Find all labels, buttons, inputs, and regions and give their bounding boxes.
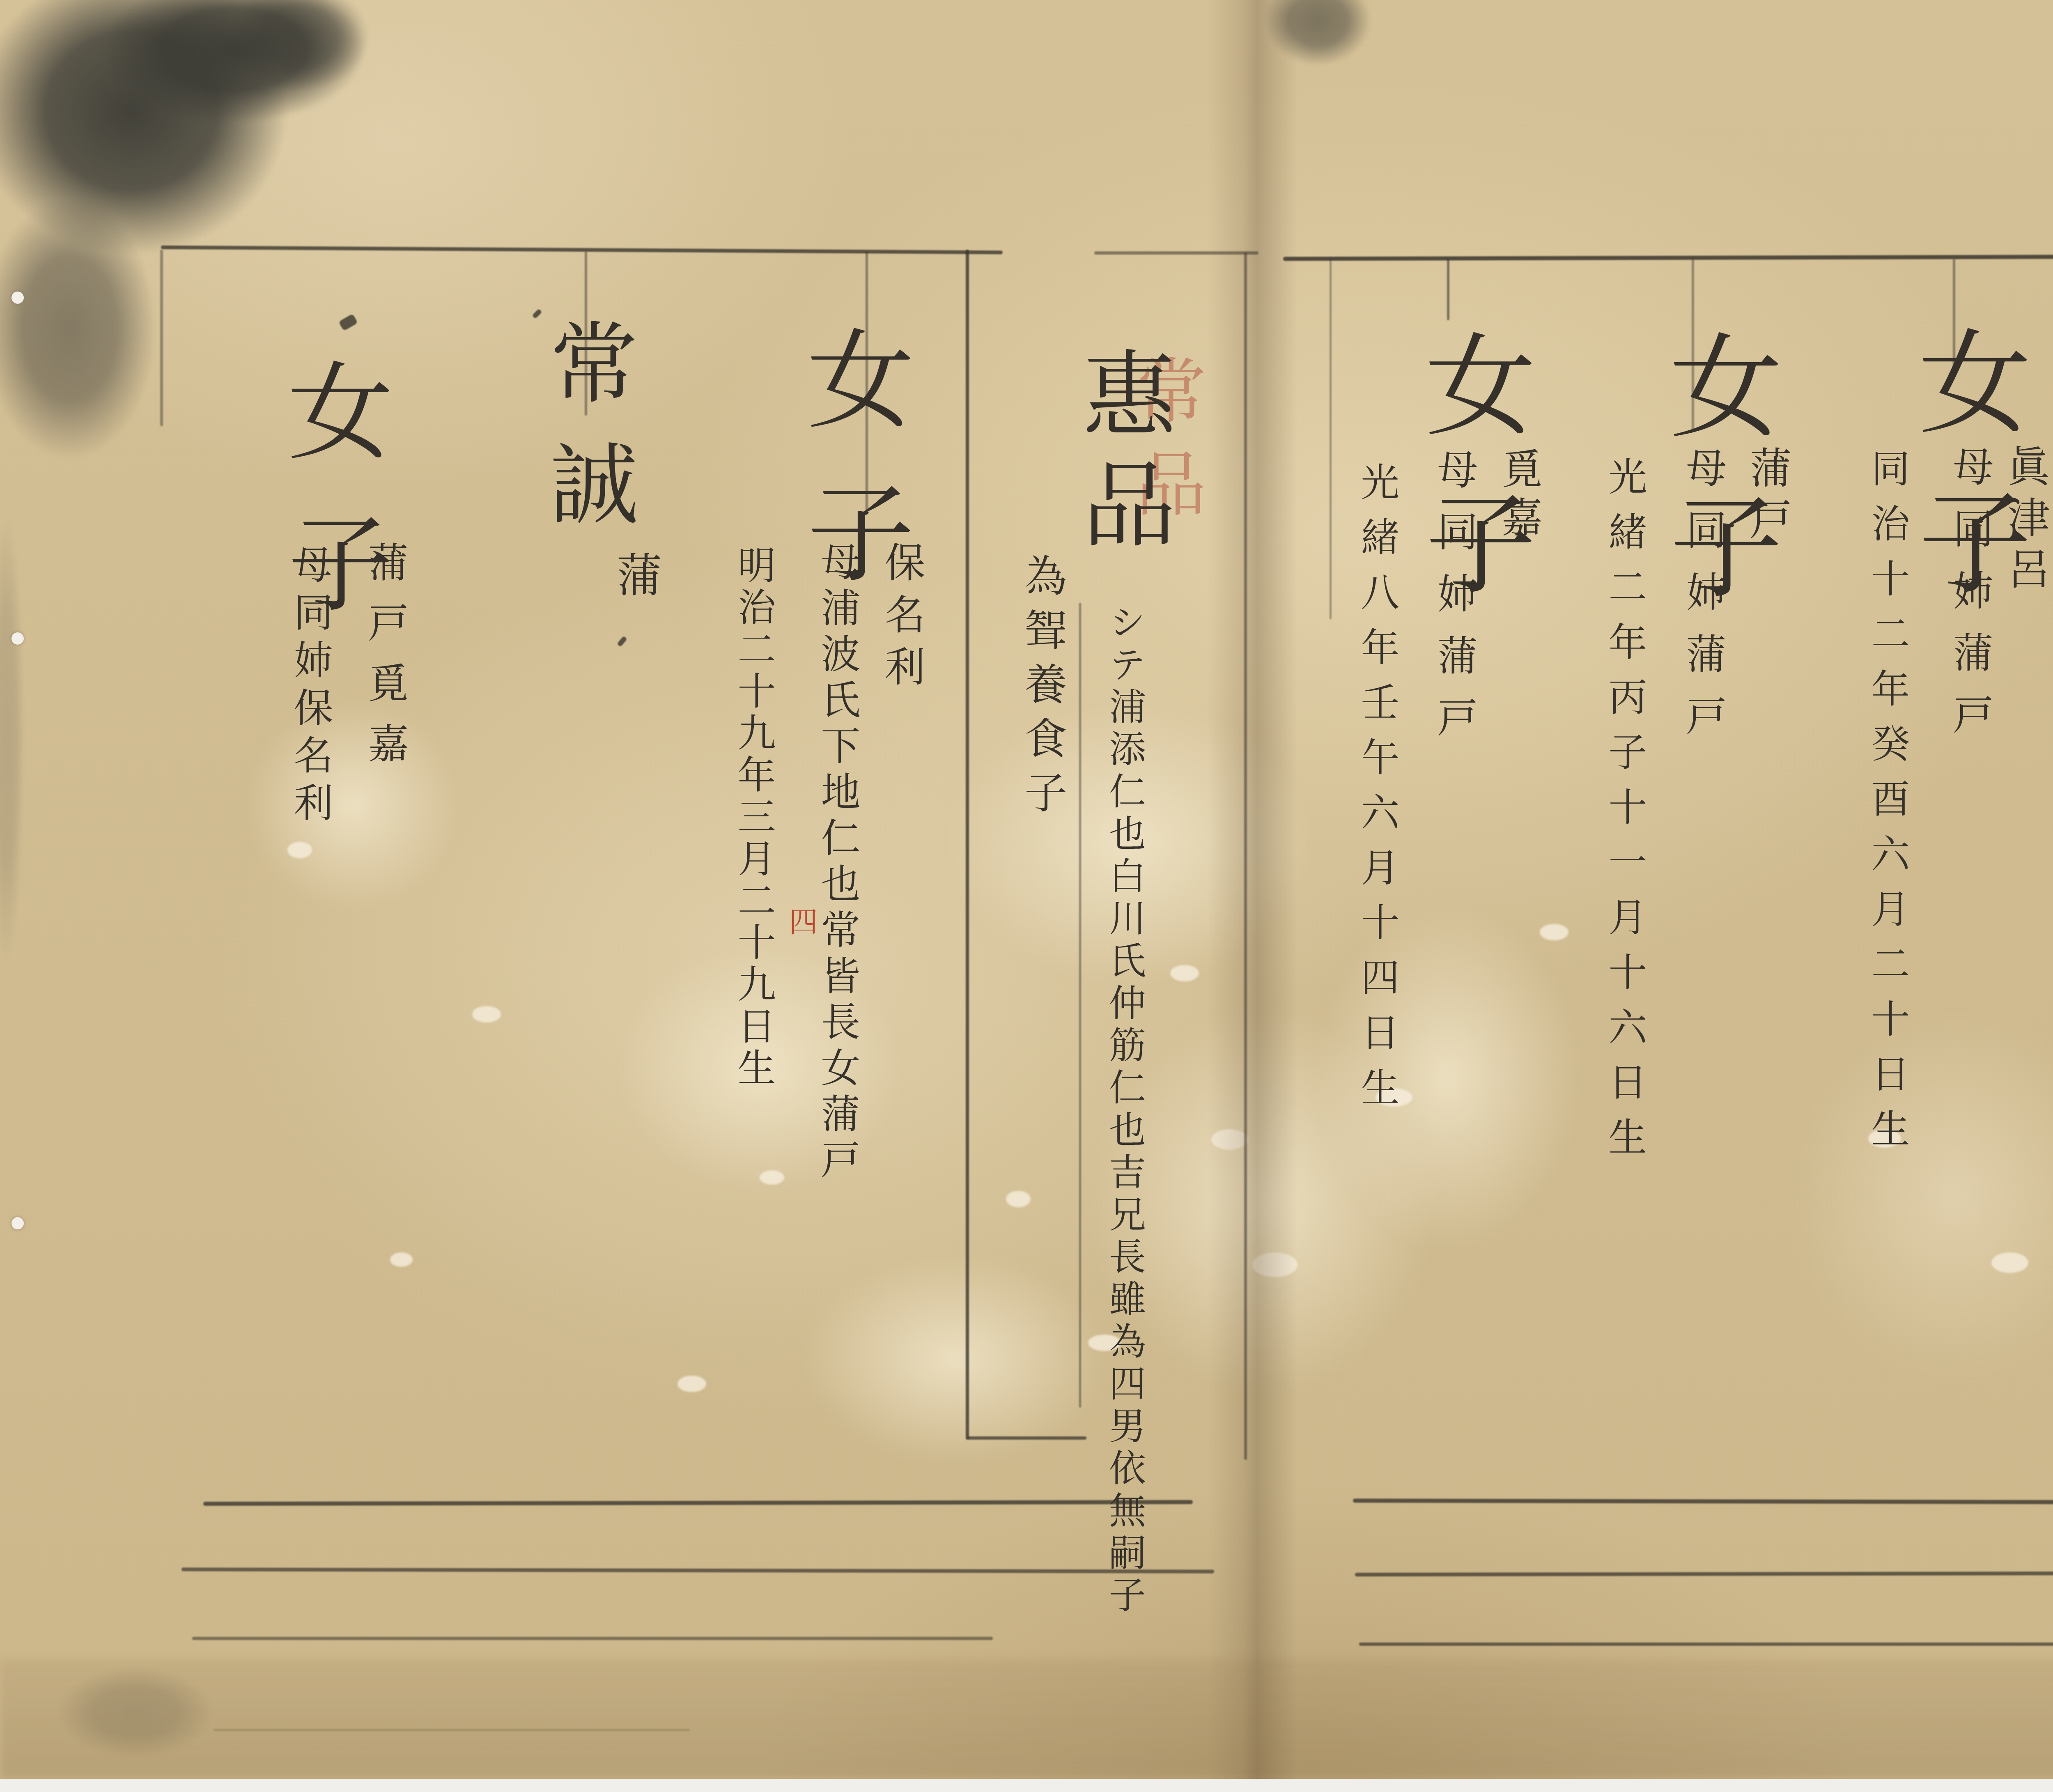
ink-tick	[617, 636, 627, 647]
paper-speck	[1540, 924, 1568, 940]
scan-margin-bottom	[0, 1779, 2053, 1792]
punch-hole	[11, 632, 24, 645]
entry-mother-line: 母浦波氏下地仁也常皆長女蒲戸	[818, 541, 857, 1185]
paper-speck	[390, 1252, 413, 1267]
entry-name: 眞津呂	[2004, 444, 2046, 598]
paper-speck	[472, 1006, 501, 1022]
entry-name: 蒲戸	[1746, 446, 1788, 549]
water-stain	[246, 698, 460, 912]
paper-sheet: 女子 蒲戸 母浦渡氏将俣仁也常增長女保谷 同治六年丁卯十二月二日生 女子 眞津呂…	[0, 0, 2053, 1779]
bottom-rule-faint	[214, 1729, 690, 1731]
right-page-top-border	[1283, 254, 2053, 261]
head-name-black: 惠品	[1075, 346, 1169, 566]
left-page-top-border-segment	[1094, 251, 1258, 255]
entry-birth-line: 光緒二年丙子十一月十六日生	[1605, 457, 1643, 1172]
center-fold-shadow	[1207, 0, 1297, 1779]
bottom-rule	[1359, 1643, 2053, 1646]
ink-blotch-top-left	[230, 0, 370, 90]
ink-smudge-left-edge	[0, 513, 25, 965]
water-stain	[801, 1252, 1109, 1466]
left-page-right-border	[966, 250, 969, 1440]
entry-name: 保名利	[881, 541, 922, 698]
ink-smudge-bottom-left	[57, 1667, 214, 1758]
column-tick	[1447, 259, 1449, 320]
entry-mother-line: 母同姉蒲戸	[1683, 447, 1723, 757]
paper-speck	[760, 1170, 784, 1185]
entry-birth-line: 同治十二年癸酉六月二十日生	[1867, 448, 1906, 1164]
water-stain	[1786, 1006, 2053, 1384]
column-line	[1330, 258, 1332, 619]
entry-name: 蒲戸覓嘉	[365, 541, 405, 783]
birth-date-red-correction: 四	[787, 907, 815, 935]
paper-speck	[1006, 1191, 1031, 1207]
fold-rule-line	[1244, 253, 1247, 1460]
left-page-left-border	[160, 250, 163, 426]
punch-hole	[11, 292, 24, 304]
entry-birth-line: 明治二十九年三月二十九日生	[734, 545, 772, 1090]
bottom-rule	[1355, 1571, 2053, 1576]
paper-speck	[287, 842, 312, 858]
head-adoption-note: 為聟養食子	[1021, 554, 1063, 825]
ink-blotch-top-center	[1265, 0, 1371, 66]
entry-mother-line: 母同姉蒲戸	[1434, 448, 1474, 758]
paper-speck	[677, 1376, 706, 1392]
punch-hole	[11, 1217, 24, 1229]
paper-speck	[1170, 965, 1199, 981]
paper-speck	[1991, 1252, 2028, 1273]
entry-birth-line: 光緒八年壬午六月十四日生	[1357, 462, 1396, 1122]
bottom-rule	[181, 1567, 1214, 1573]
bottom-rule	[203, 1500, 1193, 1506]
entry-mother-line: 母同姉保名利	[291, 544, 330, 830]
bottom-shading	[0, 1659, 2053, 1779]
bottom-rule	[192, 1637, 993, 1640]
column-line	[1079, 603, 1081, 1408]
entry-name: 蒲	[613, 551, 659, 597]
bottom-rule	[1353, 1498, 2053, 1505]
head-lineage-note: シテ浦添仁也白川氏仲筋仁也吉兄長雖為四男依無嗣子	[1105, 603, 1142, 1618]
ink-blotch-top-left	[0, 197, 156, 460]
entry-mother-line: 母同姉蒲戸	[1950, 446, 1990, 756]
entry-header: 常誠	[543, 317, 631, 559]
koseki-register-scan: { "document": { "kind": "handwritten fam…	[0, 0, 2053, 1792]
ink-dot	[338, 314, 358, 331]
left-page-border-foot	[967, 1436, 1086, 1440]
entry-name: 覓嘉	[1498, 448, 1539, 544]
